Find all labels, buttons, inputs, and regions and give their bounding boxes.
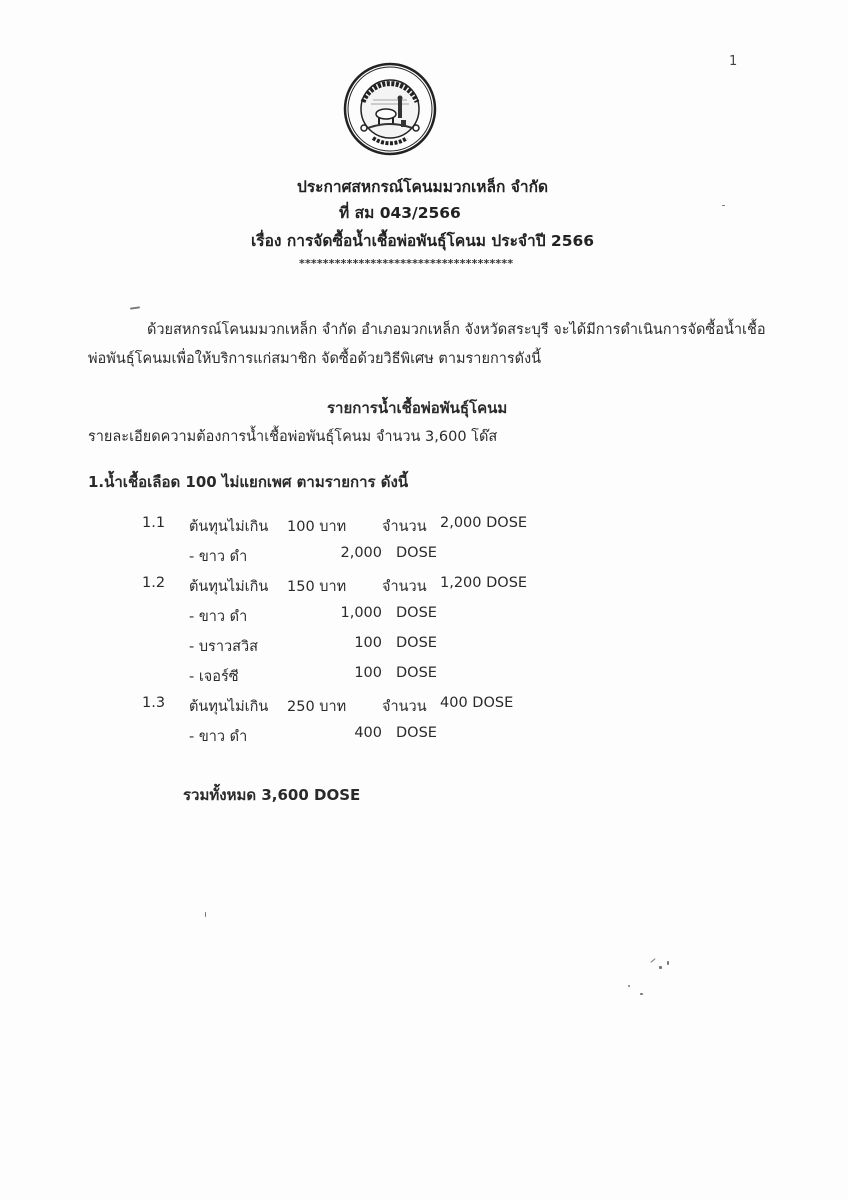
section-title: รายการน้ำเชื้อพ่อพันธุ์โคนม <box>327 396 507 420</box>
subitem-unit: DOSE <box>396 635 437 651</box>
intro-paragraph-line-1: ด้วยสหกรณ์โคนมมวกเหล็ก จำกัด อำเภอมวกเหล… <box>147 318 766 341</box>
list-heading: 1.น้ำเชื้อเลือด 100 ไม่แยกเพศ ตามรายการ … <box>88 470 408 494</box>
announcement-subject: เรื่อง การจัดซื้อน้ำเชื้อพ่อพันธุ์โคนม ป… <box>251 228 594 253</box>
item-price: 250 บาท <box>287 695 346 718</box>
scan-speck <box>722 205 725 206</box>
scan-speck <box>650 958 655 963</box>
grand-total: รวมทั้งหมด 3,600 DOSE <box>183 783 360 807</box>
announcement-title: ประกาศสหกรณ์โคนมมวกเหล็ก จำกัด <box>297 174 548 199</box>
reference-number: ที่ สม 043/2566 <box>339 200 461 225</box>
item-qty-label: จำนวน <box>382 515 427 538</box>
item-qty-label: จำนวน <box>382 575 427 598</box>
subitem-qty: 1,000 <box>340 605 382 621</box>
subitem-unit: DOSE <box>396 725 437 741</box>
item-number: 1.1 <box>142 515 165 531</box>
subitem-row: - บราวสวิส100DOSE <box>0 635 848 655</box>
item-qty: 1,200 DOSE <box>440 575 527 591</box>
subitem-unit: DOSE <box>396 605 437 621</box>
subitem-unit: DOSE <box>396 545 437 561</box>
subitem-breed: - ขาว ดำ <box>189 725 247 748</box>
header-divider: ************************************ <box>299 257 513 270</box>
subitem-row: - ขาว ดำ1,000DOSE <box>0 605 848 625</box>
subitem-row: - ขาว ดำ400DOSE <box>0 725 848 745</box>
page-number: 1 <box>729 54 737 69</box>
item-qty-label: จำนวน <box>382 695 427 718</box>
subitem-breed: - เจอร์ซี <box>189 665 239 688</box>
subitem-qty: 2,000 <box>340 545 382 561</box>
scan-speck <box>667 961 669 965</box>
scan-speck <box>640 993 643 995</box>
subitem-qty: 100 <box>354 635 382 651</box>
item-row: 1.2ต้นทุนไม่เกิน150 บาทจำนวน1,200 DOSE <box>0 575 848 595</box>
subitem-qty: 400 <box>354 725 382 741</box>
subitem-breed: - ขาว ดำ <box>189 605 247 628</box>
subitem-row: - เจอร์ซี100DOSE <box>0 665 848 685</box>
requirement-detail: รายละเอียดความต้องการน้ำเชื้อพ่อพันธุ์โค… <box>88 425 497 448</box>
item-row: 1.1ต้นทุนไม่เกิน100 บาทจำนวน2,000 DOSE <box>0 515 848 535</box>
subitem-unit: DOSE <box>396 665 437 681</box>
item-qty: 400 DOSE <box>440 695 513 711</box>
subitem-breed: - บราวสวิส <box>189 635 258 658</box>
item-price: 150 บาท <box>287 575 346 598</box>
item-number: 1.3 <box>142 695 165 711</box>
item-label: ต้นทุนไม่เกิน <box>189 695 268 718</box>
cooperative-seal-icon <box>343 62 437 156</box>
subitem-row: - ขาว ดำ2,000DOSE <box>0 545 848 565</box>
subitem-qty: 100 <box>354 665 382 681</box>
item-label: ต้นทุนไม่เกิน <box>189 515 268 538</box>
item-number: 1.2 <box>142 575 165 591</box>
subitem-breed: - ขาว ดำ <box>189 545 247 568</box>
intro-paragraph-line-2: พ่อพันธุ์โคนมเพื่อให้บริการแก่สมาชิก จัด… <box>88 347 541 370</box>
item-row: 1.3ต้นทุนไม่เกิน250 บาทจำนวน400 DOSE <box>0 695 848 715</box>
scan-speck <box>659 966 662 969</box>
item-price: 100 บาท <box>287 515 346 538</box>
item-label: ต้นทุนไม่เกิน <box>189 575 268 598</box>
scan-speck <box>628 985 630 987</box>
scan-speck <box>205 912 206 917</box>
item-qty: 2,000 DOSE <box>440 515 527 531</box>
scan-speck <box>130 306 140 309</box>
